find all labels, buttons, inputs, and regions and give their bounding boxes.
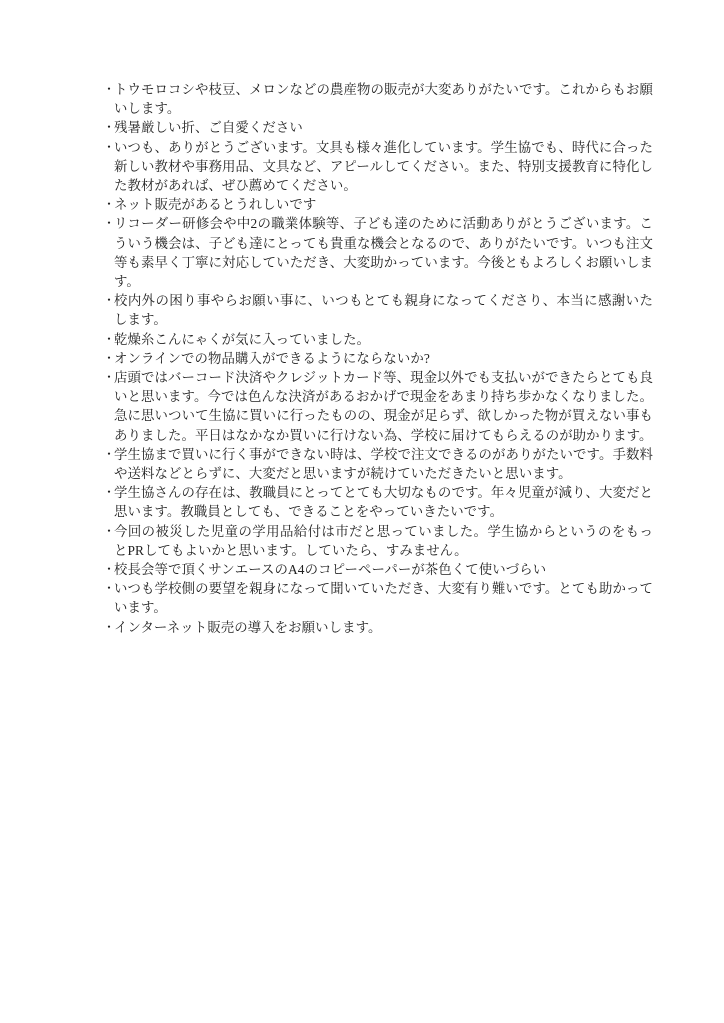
comment-list-container: ・ トウモロコシや枝豆、メロンなどの農産物の販売が大変ありがたいです。これからも…: [103, 80, 653, 637]
list-item: ・ 店頭ではバーコード決済やクレジットカード等、現金以外でも支払いができたらとて…: [103, 368, 653, 445]
list-item-text: インターネット販売の導入をお願いします。: [114, 618, 653, 637]
bullet-marker: ・: [103, 522, 114, 541]
list-item-text: 校内外の困り事やらお願い事に、いつもとても親身になってくださり、本当に感謝いたし…: [114, 291, 653, 329]
bullet-marker: ・: [103, 368, 114, 387]
comment-list: ・ トウモロコシや枝豆、メロンなどの農産物の販売が大変ありがたいです。これからも…: [103, 80, 653, 637]
list-item: ・ 学生協まで買いに行く事ができない時は、学校で注文できるのがありがたいです。手…: [103, 445, 653, 483]
bullet-marker: ・: [103, 579, 114, 598]
list-item: ・ 学生協さんの存在は、教職員にとってとても大切なものです。年々児童が減り、大変…: [103, 483, 653, 521]
list-item-text: 学生協まで買いに行く事ができない時は、学校で注文できるのがありがたいです。手数料…: [114, 445, 653, 483]
list-item: ・ トウモロコシや枝豆、メロンなどの農産物の販売が大変ありがたいです。これからも…: [103, 80, 653, 118]
list-item-text: いつも学校側の要望を親身になって聞いていただき、大変有り難いです。とても助かって…: [114, 579, 653, 617]
bullet-marker: ・: [103, 118, 114, 137]
list-item: ・ 今回の被災した児童の学用品給付は市だと思っていました。学生協からというのをも…: [103, 522, 653, 560]
list-item-text: いつも、ありがとうございます。文具も様々進化しています。学生協でも、時代に合った…: [114, 138, 653, 196]
list-item: ・ リコーダー研修会や中2の職業体験等、子ども達のために活動ありがとうございます…: [103, 214, 653, 291]
bullet-marker: ・: [103, 618, 114, 637]
list-item: ・ インターネット販売の導入をお願いします。: [103, 618, 653, 637]
bullet-marker: ・: [103, 80, 114, 99]
document-page: ・ トウモロコシや枝豆、メロンなどの農産物の販売が大変ありがたいです。これからも…: [0, 0, 724, 1023]
list-item: ・ オンラインでの物品購入ができるようにならないか?: [103, 349, 653, 368]
list-item-text: トウモロコシや枝豆、メロンなどの農産物の販売が大変ありがたいです。これからもお願…: [114, 80, 653, 118]
list-item-text: 乾燥糸こんにゃくが気に入っていました。: [114, 330, 653, 349]
bullet-marker: ・: [103, 214, 114, 233]
bullet-marker: ・: [103, 291, 114, 310]
list-item: ・ 校長会等で頂くサンエースのA4のコピーペーパーが茶色くて使いづらい: [103, 560, 653, 579]
bullet-marker: ・: [103, 445, 114, 464]
bullet-marker: ・: [103, 349, 114, 368]
list-item-text: リコーダー研修会や中2の職業体験等、子ども達のために活動ありがとうございます。こ…: [114, 214, 653, 291]
list-item: ・ いつも学校側の要望を親身になって聞いていただき、大変有り難いです。とても助か…: [103, 579, 653, 617]
bullet-marker: ・: [103, 330, 114, 349]
bullet-marker: ・: [103, 138, 114, 157]
list-item-text: 今回の被災した児童の学用品給付は市だと思っていました。学生協からというのをもっと…: [114, 522, 653, 560]
list-item-text: 残暑厳しい折、ご自愛ください: [114, 118, 653, 137]
bullet-marker: ・: [103, 483, 114, 502]
bullet-marker: ・: [103, 195, 114, 214]
list-item: ・ 残暑厳しい折、ご自愛ください: [103, 118, 653, 137]
list-item: ・ 乾燥糸こんにゃくが気に入っていました。: [103, 330, 653, 349]
list-item-text: 店頭ではバーコード決済やクレジットカード等、現金以外でも支払いができたらとても良…: [114, 368, 653, 445]
list-item: ・ ネット販売があるとうれしいです: [103, 195, 653, 214]
list-item: ・ 校内外の困り事やらお願い事に、いつもとても親身になってくださり、本当に感謝い…: [103, 291, 653, 329]
bullet-marker: ・: [103, 560, 114, 579]
list-item: ・ いつも、ありがとうございます。文具も様々進化しています。学生協でも、時代に合…: [103, 138, 653, 196]
list-item-text: 校長会等で頂くサンエースのA4のコピーペーパーが茶色くて使いづらい: [114, 560, 653, 579]
list-item-text: ネット販売があるとうれしいです: [114, 195, 653, 214]
list-item-text: 学生協さんの存在は、教職員にとってとても大切なものです。年々児童が減り、大変だと…: [114, 483, 653, 521]
list-item-text: オンラインでの物品購入ができるようにならないか?: [114, 349, 653, 368]
